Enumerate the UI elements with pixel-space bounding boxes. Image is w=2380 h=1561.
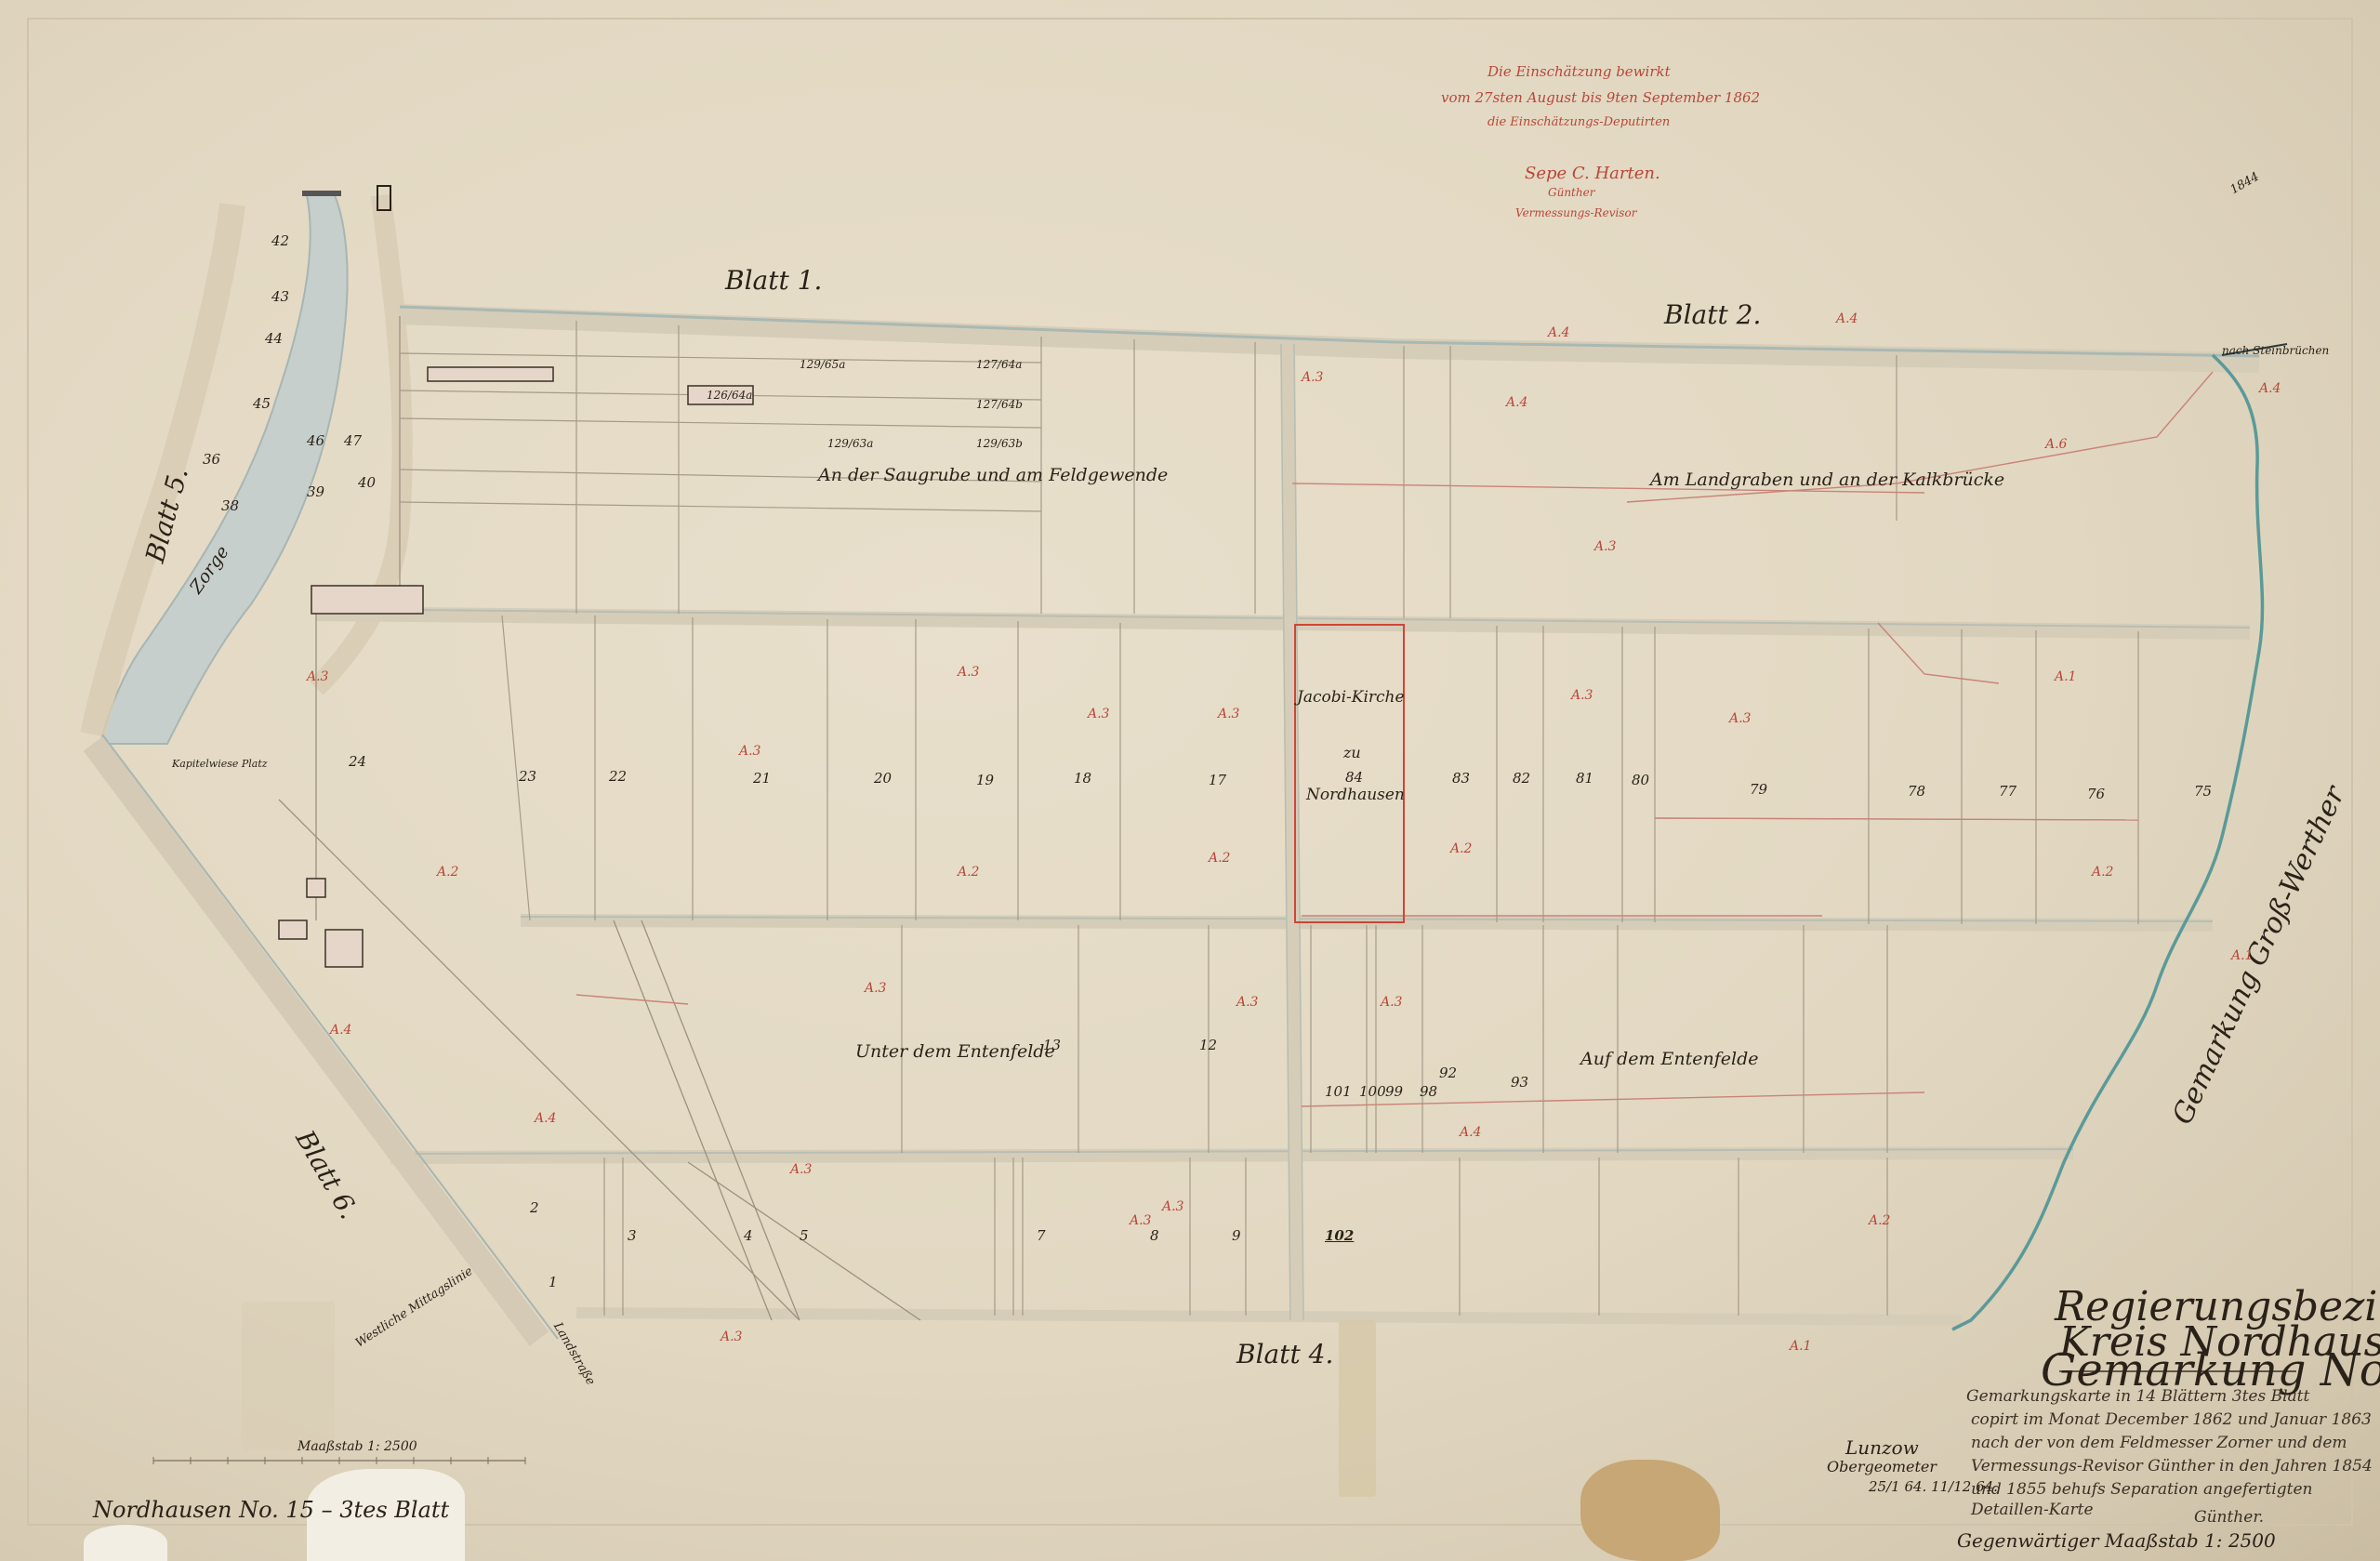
parcel-92: 92 (1439, 1065, 1457, 1081)
title-body-line: Detaillen-Karte (1971, 1499, 2094, 1522)
title-body-line: copirt im Monat December 1862 und Januar… (1971, 1409, 2372, 1432)
scale-bar-label: Maaßstab 1: 2500 (297, 1439, 417, 1454)
signature-name: Lunzow (1845, 1436, 1919, 1459)
church-parcel-number: 84 (1345, 769, 1363, 786)
map-sheet: Regierungsbezirk Erfurt Kreis Nordhausen… (0, 0, 2380, 1561)
title-body-guenther: Günther. (2194, 1506, 2264, 1529)
map-linework (0, 0, 2380, 1561)
adjacent-sheet-blatt-4: Blatt 4. (1236, 1339, 1333, 1369)
title-body-line: nach der von dem Feldmesser Zorner und d… (1971, 1432, 2347, 1455)
church-parcel-label: Jacobi-Kirche (1297, 688, 1405, 707)
sheet-label: Nordhausen No. 15 – 3tes Blatt (93, 1497, 449, 1523)
church-parcel-label: zu (1343, 744, 1361, 761)
field-name-unter-entenfelde: Unter dem Entenfelde (855, 1041, 1055, 1062)
tape-strip (1339, 1320, 1376, 1497)
church-parcel-label: Nordhausen (1306, 786, 1405, 804)
field-name-landgraben: Am Landgraben und an der Kalkbrücke (1650, 470, 2004, 490)
title-body-line: Vermessungs-Revisor Günther in den Jahre… (1971, 1455, 2373, 1478)
signature-title: Obergeometer (1827, 1458, 1937, 1475)
stream-boundary (1952, 355, 2262, 1329)
paper-tear (84, 1525, 167, 1561)
field-name-auf-entenfelde: Auf dem Entenfelde (1580, 1049, 1758, 1069)
scale-statement: Gegenwärtiger Maaßstab 1: 2500 (1957, 1529, 2276, 1552)
direction-label: nach Steinbrüchen (2222, 344, 2329, 357)
stall-plot-label: Kapitelwiese Platz (172, 758, 268, 770)
water-stain (1580, 1460, 1720, 1561)
adjacent-sheet-blatt-1: Blatt 1. (725, 265, 822, 296)
tape-strip (242, 1302, 335, 1450)
title-body-line: Gemarkungskarte in 14 Blättern 3tes Blat… (1966, 1385, 2309, 1409)
adjacent-sheet-blatt-2: Blatt 2. (1664, 299, 1761, 330)
field-name-saugrube: An der Saugrube und am Feldgewende (818, 465, 1168, 485)
signature-date: 25/1 64. 11/12 64. (1869, 1478, 1998, 1495)
